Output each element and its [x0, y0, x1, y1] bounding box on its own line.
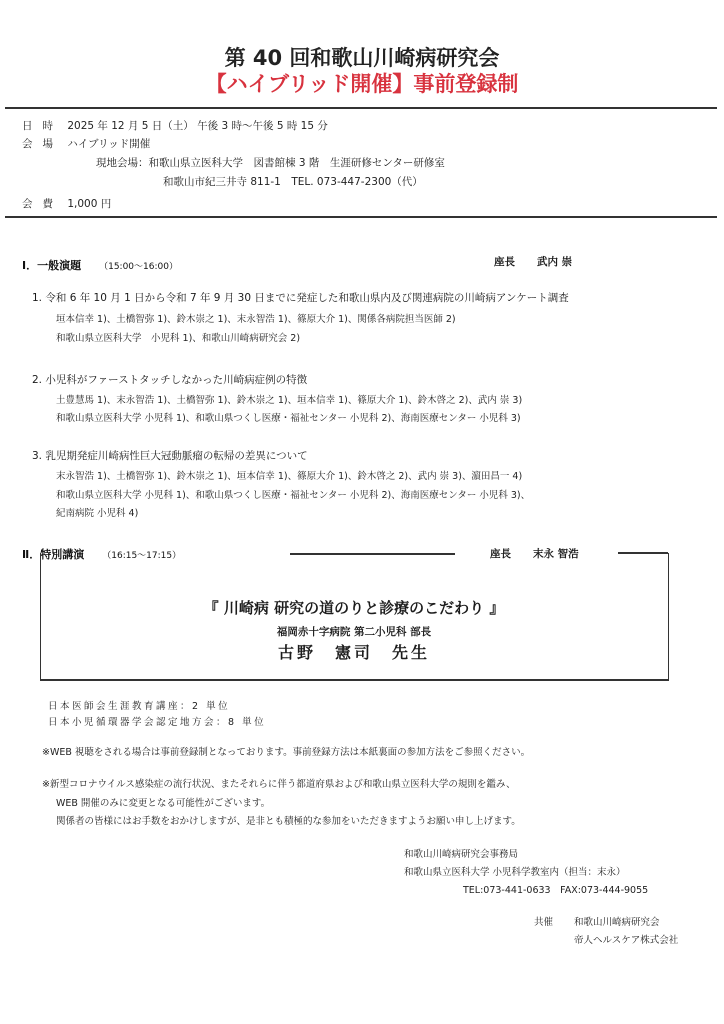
date-value: 2025 年 12 月 5 日（土） 午後 3 時～午後 5 時 15 分 [67, 120, 328, 132]
presentation-1-title: 1. 令和 6 年 10 月 1 日から令和 7 年 9 月 30 日までに発症… [32, 290, 569, 305]
speaker-name: 古野 憲司 先生 [40, 640, 668, 663]
presentation-3-affiliations: 和歌山県立医科大学 小児科 1)、和歌山県つくし医療・福祉センター 小児科 2)… [56, 487, 530, 501]
credit-jspccs: 日本小児循環器学会認定地方会：8 単位 [48, 714, 266, 728]
presentation-2-title: 2. 小児科がファーストタッチしなかった川崎病症例の特徴 [32, 372, 307, 387]
section1-chair: 座長武内 崇 [494, 254, 572, 269]
office-contact: TEL:073-441-0633 FAX:073-444-9055 [463, 882, 648, 896]
office-name: 和歌山川崎病研究会事務局 [404, 846, 518, 860]
credit-jma: 日本医師会生涯教育講座：2 単位 [48, 698, 230, 712]
date-label: 日時 [22, 118, 64, 133]
date-row: 日時 2025 年 12 月 5 日（土） 午後 3 時～午後 5 時 15 分 [22, 118, 328, 133]
chair-label: 座長 [494, 256, 515, 268]
chair-name: 武内 崇 [537, 256, 572, 268]
onsite-address: 和歌山市紀三井寺 811-1 TEL. 073-447-2300（代） [163, 174, 423, 189]
fee-row: 会費 1,000 円 [22, 196, 111, 211]
presentation-2-affiliations: 和歌山県立医科大学 小児科 1)、和歌山県つくし医療・福祉センター 小児科 2)… [56, 410, 521, 424]
speaker-affiliation: 福岡赤十字病院 第二小児科 部長 [40, 624, 668, 639]
section1-heading: Ⅰ．一般演題（15:00～16:00） [22, 257, 178, 273]
fee-label: 会費 [22, 196, 64, 211]
note-covid-1: ※新型コロナウイルス感染症の流行状況、またそれらに伴う都道府県および和歌山県立医… [42, 776, 515, 790]
lecture-title: 『 川崎病 研究の道のりと診療のこだわり 』 [40, 597, 668, 618]
venue-label: 会場 [22, 136, 64, 151]
note-covid-3: 関係者の皆様にはお手数をおかけしますが、是非とも積極的な参加をいただきますようお… [56, 813, 521, 827]
presentation-2-authors: 土豊慧馬 1)、末永智浩 1)、土橋智弥 1)、鈴木崇之 1)、垣本信幸 1)、… [56, 392, 522, 406]
presentation-1-affiliations: 和歌山県立医科大学 小児科 1)、和歌山川崎病研究会 2) [56, 330, 300, 344]
note-web-registration: ※WEB 視聴をされる場合は事前登録制となっております。事前登録方法は本紙裏面の… [42, 744, 530, 758]
cohost-org-1: 和歌山川崎病研究会 [574, 914, 660, 928]
divider-top [5, 107, 717, 109]
cohost-org-2: 帝人ヘルスケア株式会社 [574, 932, 678, 946]
presentation-3-affiliations-cont: 紀南病院 小児科 4) [56, 505, 138, 519]
presentation-3-authors: 末永智浩 1)、土橋智弥 1)、鈴木崇之 1)、垣本信幸 1)、篠原大介 1)、… [56, 468, 522, 482]
presentation-1-authors: 垣本信幸 1)、土橋智弥 1)、鈴木崇之 1)、末永智浩 1)、篠原大介 1)、… [56, 311, 456, 325]
venue-row: 会場 ハイブリッド開催 [22, 136, 150, 151]
cohost-label: 共催 [534, 914, 553, 928]
venue-value: ハイブリッド開催 [67, 138, 150, 150]
onsite-venue: 現地会場：和歌山県立医科大学 図書館棟 3 階 生涯研修センター研修室 [96, 155, 445, 170]
section1-time: （15:00～16:00） [99, 262, 178, 272]
office-address: 和歌山県立医科大学 小児科学教室内（担当：末永） [404, 864, 626, 878]
document-subtitle: 【ハイブリッド開催】事前登録制 [0, 68, 724, 98]
fee-value: 1,000 円 [67, 198, 111, 210]
note-covid-2: WEB 開催のみに変更となる可能性がございます。 [56, 795, 270, 809]
presentation-3-title: 3. 乳児期発症川崎病性巨大冠動脈瘤の転帰の差異について [32, 448, 308, 463]
divider-info-bottom [5, 216, 717, 218]
